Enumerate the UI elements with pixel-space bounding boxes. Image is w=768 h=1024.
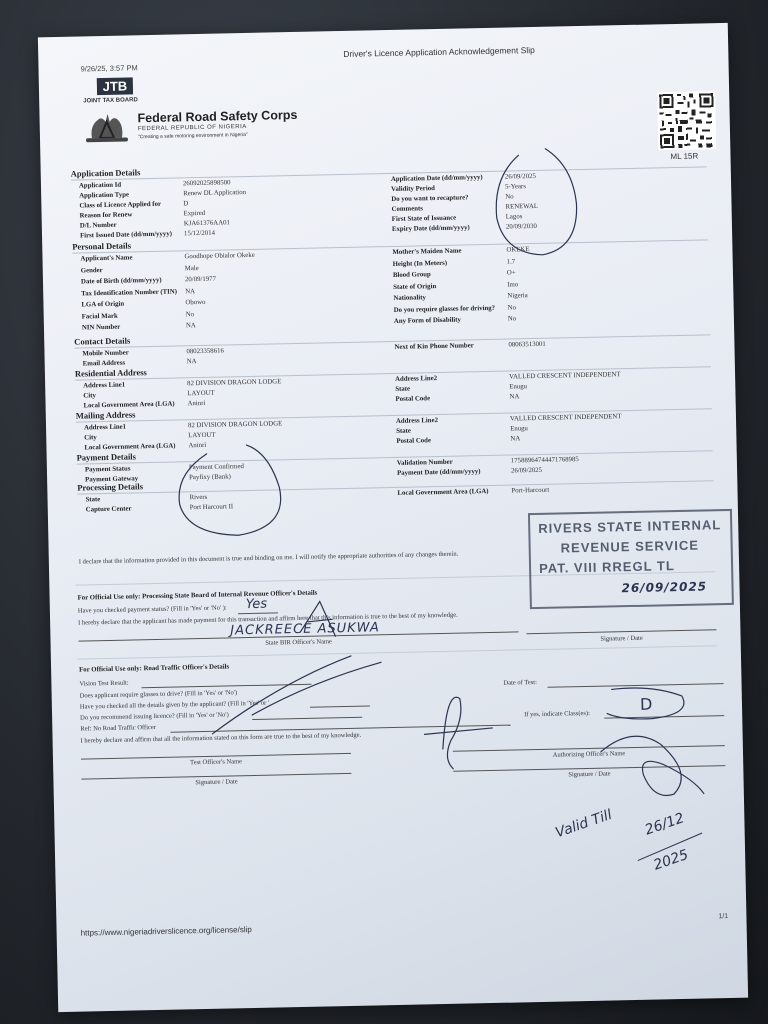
acknowledgement-slip: 9/26/25, 3:57 PM Driver's Licence Applic… [38, 23, 748, 1012]
page-number: 1/1 [718, 913, 728, 920]
handwritten-markings [38, 23, 748, 1012]
